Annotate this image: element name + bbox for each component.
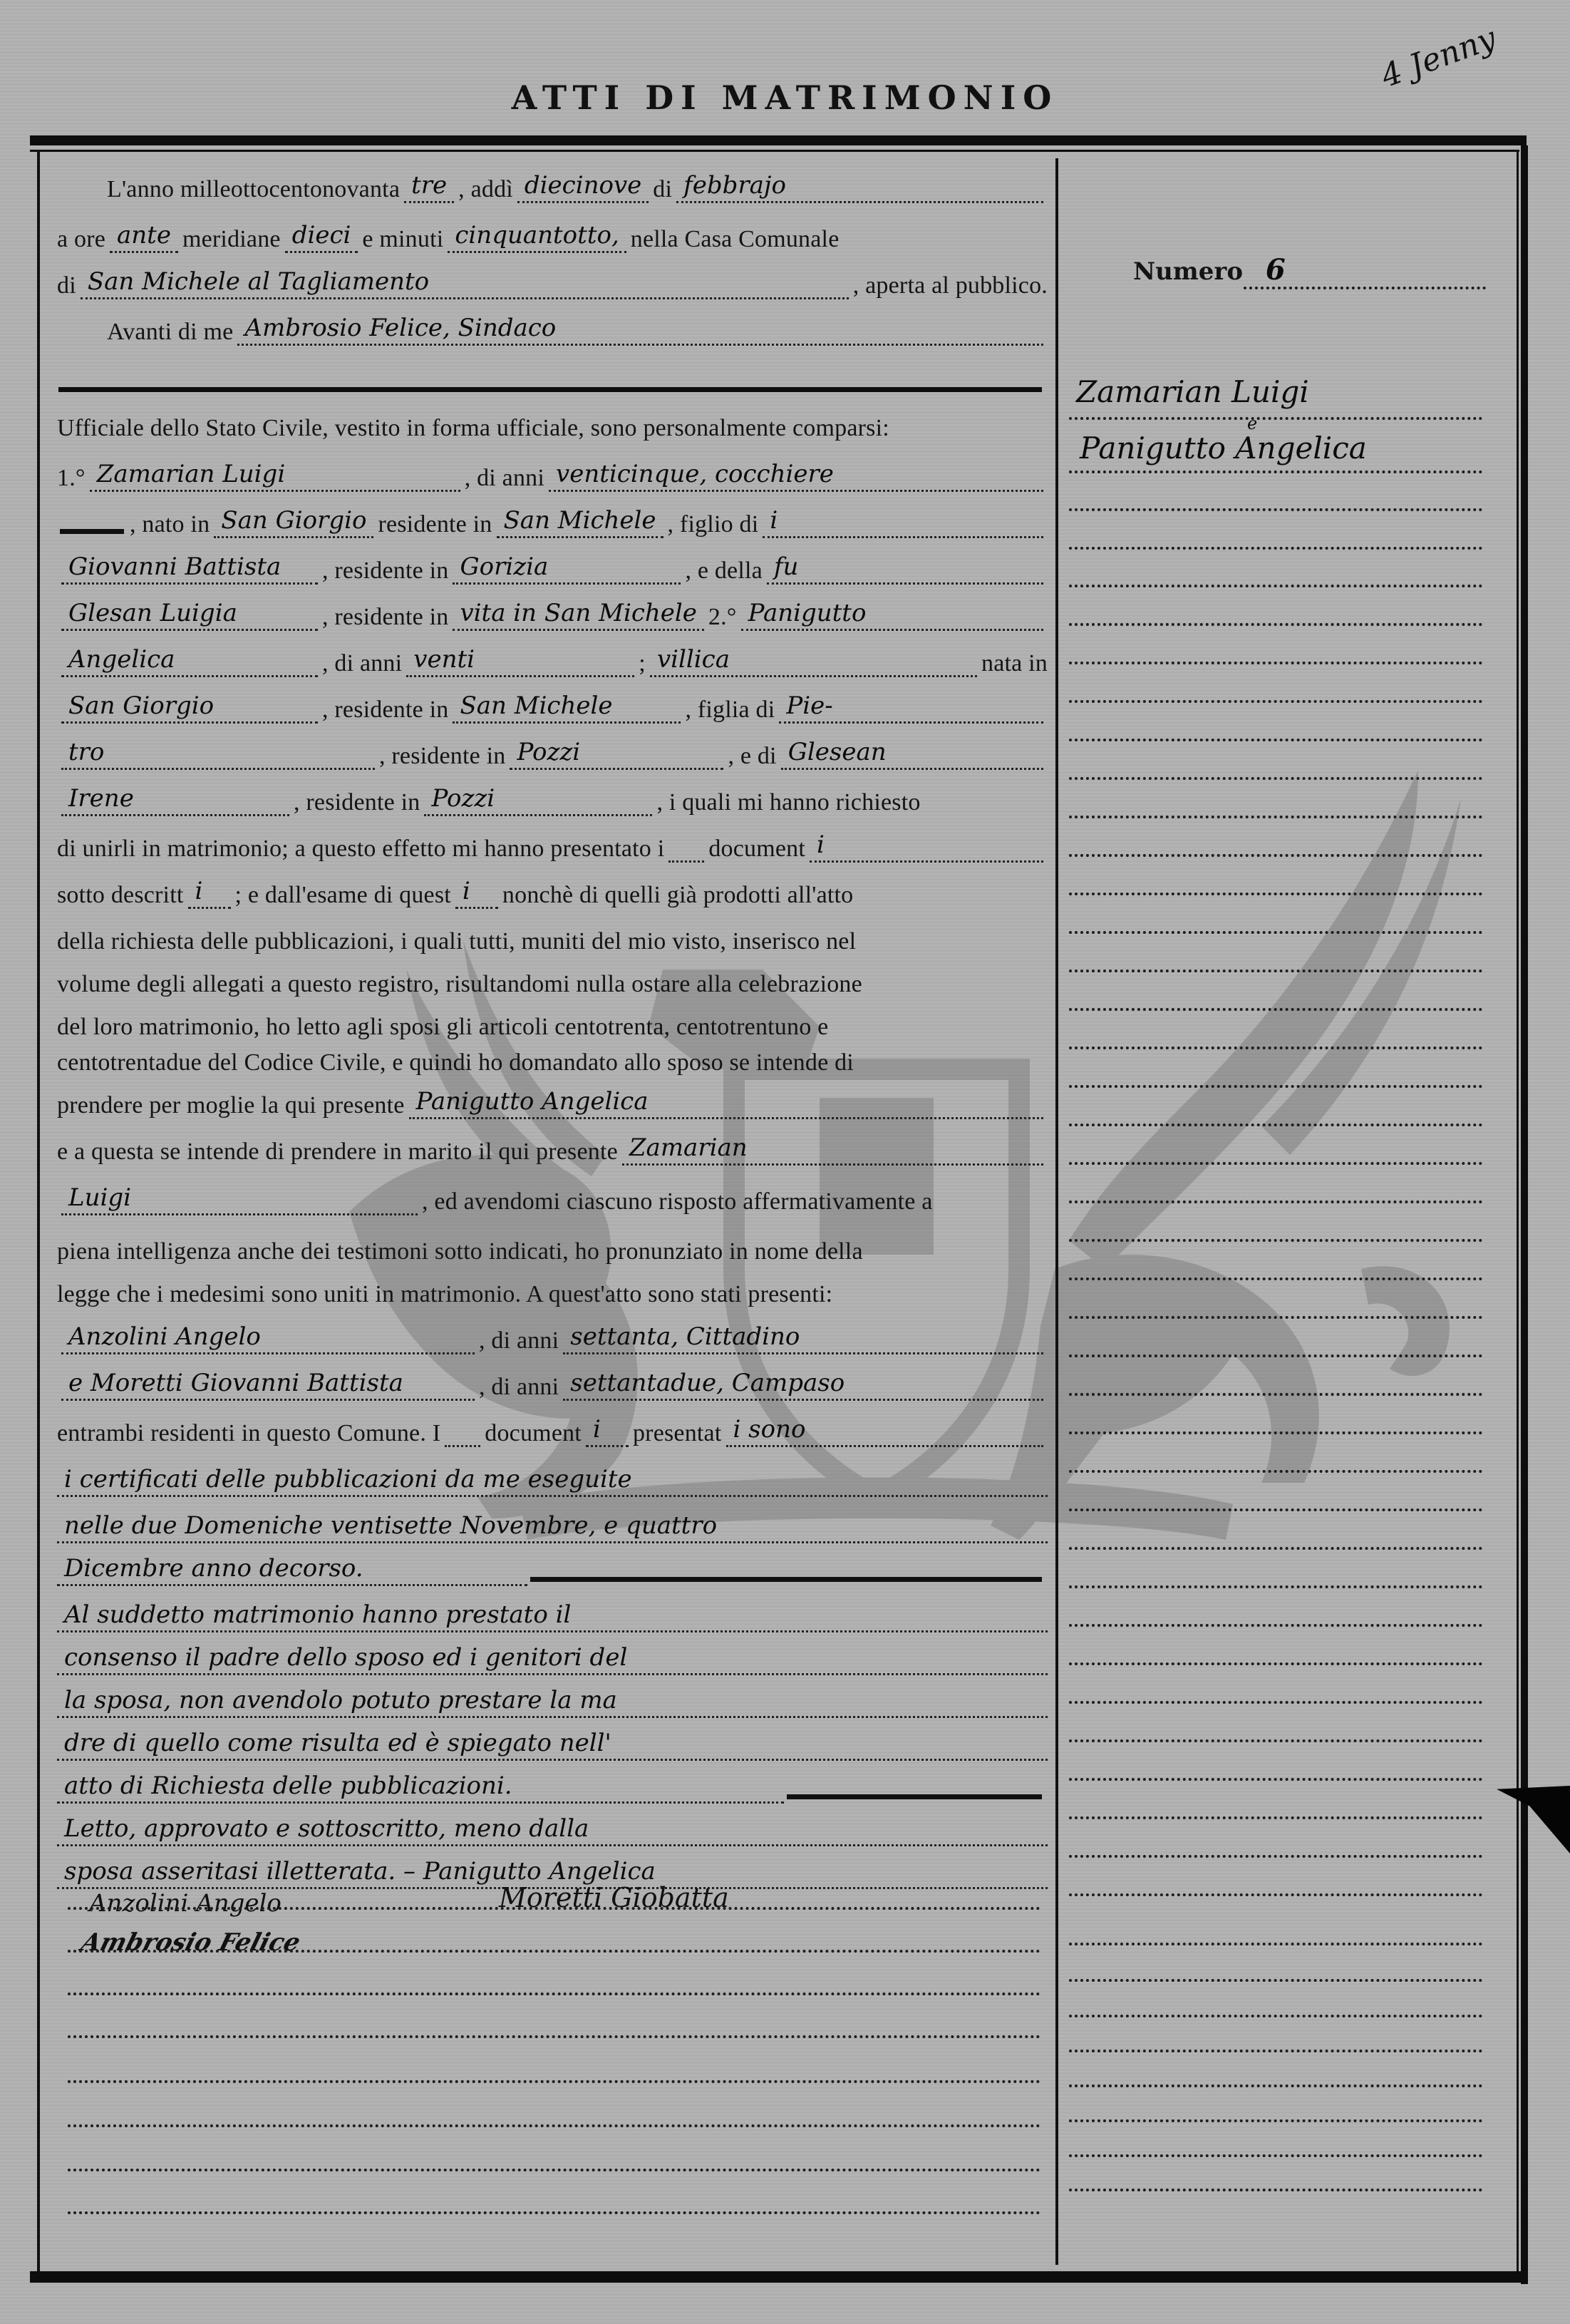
documents-field: i certificati delle pubblicazioni da me … <box>57 1465 1048 1497</box>
act-line-8: Giovanni Battista , residente in Gorizia… <box>57 549 1048 585</box>
annotation-line: la sposa, non avendolo potuto prestare l… <box>57 1682 1048 1718</box>
act-line-2: a ore ante meridiane dieci e minuti cinq… <box>57 217 1048 253</box>
left-frame-line <box>37 150 40 2274</box>
groom-birthplace-field: San Giorgio <box>214 506 373 538</box>
header-section-rule <box>58 387 1042 392</box>
witness-1-field: Anzolini Angelo <box>61 1322 475 1354</box>
bride-residence-field: San Michele <box>453 691 681 724</box>
groom-residence-field: San Michele <box>497 506 663 538</box>
register-page: ATTI DI MATRIMONIO 4 Jenny Numero 6 Zama… <box>0 0 1570 2324</box>
side-spouse-1: Zamarian Luigi <box>1076 374 1309 409</box>
annotation-line: dre di quello come risulta ed è spiegato… <box>57 1725 1048 1761</box>
groom-father-field: Giovanni Battista <box>61 552 318 585</box>
act-line-10: Angelica , di anni venti ; villica nata … <box>57 642 1048 677</box>
act-line-12: tro , residente in Pozzi , e di Glesean <box>57 734 1048 770</box>
time-period-field: ante <box>110 221 178 253</box>
act-line-23: piena intelligenza anche dei testimoni s… <box>57 1230 1048 1265</box>
bride-mother-residence-field: Pozzi <box>424 784 652 816</box>
officer-field: Ambrosio Felice, Sindaco <box>237 314 1043 346</box>
bride-mother-field: Irene <box>61 784 289 816</box>
bride-name-field: Angelica <box>61 645 318 677</box>
column-divider <box>1055 158 1058 2265</box>
act-line-4: Avanti di me Ambrosio Felice, Sindaco <box>57 310 1048 346</box>
act-line-1: L'anno milleottocentonovanta tre , addì … <box>57 168 1048 203</box>
act-line-9: Glesan Luigia , residente in vita in San… <box>57 595 1048 631</box>
groom-consent-name-field: Luigi <box>61 1183 418 1215</box>
act-line-3: di San Michele al Tagliamento , aperta a… <box>57 264 1048 299</box>
act-line-16: della richiesta delle pubblicazioni, i q… <box>57 920 1048 955</box>
bottom-frame-rule <box>30 2271 1528 2283</box>
bride-surname-field: Panigutto <box>741 599 1043 631</box>
witness-2-age-occupation-field: settantadue, Campaso <box>563 1369 1043 1401</box>
act-line-6: 1.° Zamarian Luigi , di anni venticinque… <box>57 456 1048 492</box>
annotation-line: atto di Richiesta delle pubblicazioni. <box>57 1768 1048 1804</box>
bride-age-field: venti <box>406 645 634 677</box>
act-line-27: entrambi residenti in questo Comune. I d… <box>57 1412 1048 1447</box>
act-line-14: di unirli in matrimonio; a questo effett… <box>57 827 1048 863</box>
right-frame-thick-line <box>1521 145 1528 2284</box>
day-field: diecinove <box>517 171 649 203</box>
act-line-5: Ufficiale dello Stato Civile, vestito in… <box>57 406 1048 442</box>
month-field: febbrajo <box>676 171 1043 203</box>
right-frame-line <box>1517 150 1519 2274</box>
binding-tab-marker <box>1497 1786 1570 1853</box>
groom-mother-field: Glesan Luigia <box>61 599 318 631</box>
groom-consent-surname-field: Zamarian <box>622 1133 1043 1166</box>
act-line-21: e a questa se intende di prendere in mar… <box>57 1130 1048 1166</box>
municipality-field: San Michele al Tagliamento <box>81 267 849 299</box>
act-line-28: i certificati delle pubblicazioni da me … <box>57 1461 1048 1497</box>
hour-field: dieci <box>285 221 358 253</box>
act-line-24: legge che i medesimi sono uniti in matri… <box>57 1272 1048 1308</box>
act-line-19: centotrentadue del Codice Civile, e quin… <box>57 1041 1048 1076</box>
act-line-15: sotto descritt i ; e dall'esame di quest… <box>57 873 1048 909</box>
register-number-value: 6 <box>1266 253 1286 287</box>
bride-father-residence-field: Pozzi <box>510 738 723 770</box>
act-line-13: Irene , residente in Pozzi , i quali mi … <box>57 781 1048 816</box>
act-line-18: del loro matrimonio, ho letto agli sposi… <box>57 1005 1048 1041</box>
minutes-field: cinquantotto, <box>448 221 626 253</box>
act-line-25: Anzolini Angelo , di anni settanta, Citt… <box>57 1319 1048 1354</box>
register-number: Numero 6 <box>1133 253 1286 287</box>
bride-occupation-field: villica <box>650 645 977 677</box>
act-line-29: nelle due Domeniche ventisette Novembre,… <box>57 1508 1048 1543</box>
annotation-line: Letto, approvato e sottoscritto, meno da… <box>57 1811 1048 1846</box>
year-field: tre <box>404 171 454 203</box>
act-line-17: volume degli allegati a questo registro,… <box>57 962 1048 998</box>
register-number-label: Numero <box>1133 257 1243 286</box>
groom-name-field: Zamarian Luigi <box>90 460 460 492</box>
bride-birthplace-field: San Giorgio <box>61 691 318 724</box>
officer-signature: Ambrosio Felice <box>78 1928 304 1957</box>
act-line-22: Luigi , ed avendomi ciascuno risposto af… <box>57 1180 1048 1215</box>
act-line-20: prendere per moglie la qui presente Pani… <box>57 1084 1048 1119</box>
witness-1-age-occupation-field: settanta, Cittadino <box>563 1322 1043 1354</box>
annotation-line: consenso il padre dello sposo ed i genit… <box>57 1640 1048 1675</box>
witness-2-field: e Moretti Giovanni Battista <box>61 1369 475 1401</box>
witness-1-signature: Anzolini Angelo <box>89 1889 282 1918</box>
act-line-30: Dicembre anno decorso. <box>57 1551 1048 1586</box>
act-line-11: San Giorgio , residente in San Michele ,… <box>57 688 1048 724</box>
top-frame-rule <box>30 135 1527 145</box>
bride-father-field: tro <box>61 738 375 770</box>
groom-father-residence-field: Gorizia <box>453 552 681 585</box>
act-line-26: e Moretti Giovanni Battista , di anni se… <box>57 1365 1048 1401</box>
groom-age-occupation-field: venticinque, cocchiere <box>549 460 1043 492</box>
act-line-7: , nato in San Giorgio residente in San M… <box>57 503 1048 538</box>
annotation-line: Al suddetto matrimonio hanno prestato il <box>57 1597 1048 1633</box>
top-frame-thin-rule <box>30 150 1519 152</box>
page-title: ATTI DI MATRIMONIO <box>0 78 1570 117</box>
register-number-line <box>1244 287 1486 289</box>
bride-consent-name-field: Panigutto Angelica <box>409 1087 1043 1119</box>
groom-mother-residence-field: vita in San Michele <box>453 599 703 631</box>
side-spouse-2: Panigutto Angelica <box>1080 431 1367 466</box>
